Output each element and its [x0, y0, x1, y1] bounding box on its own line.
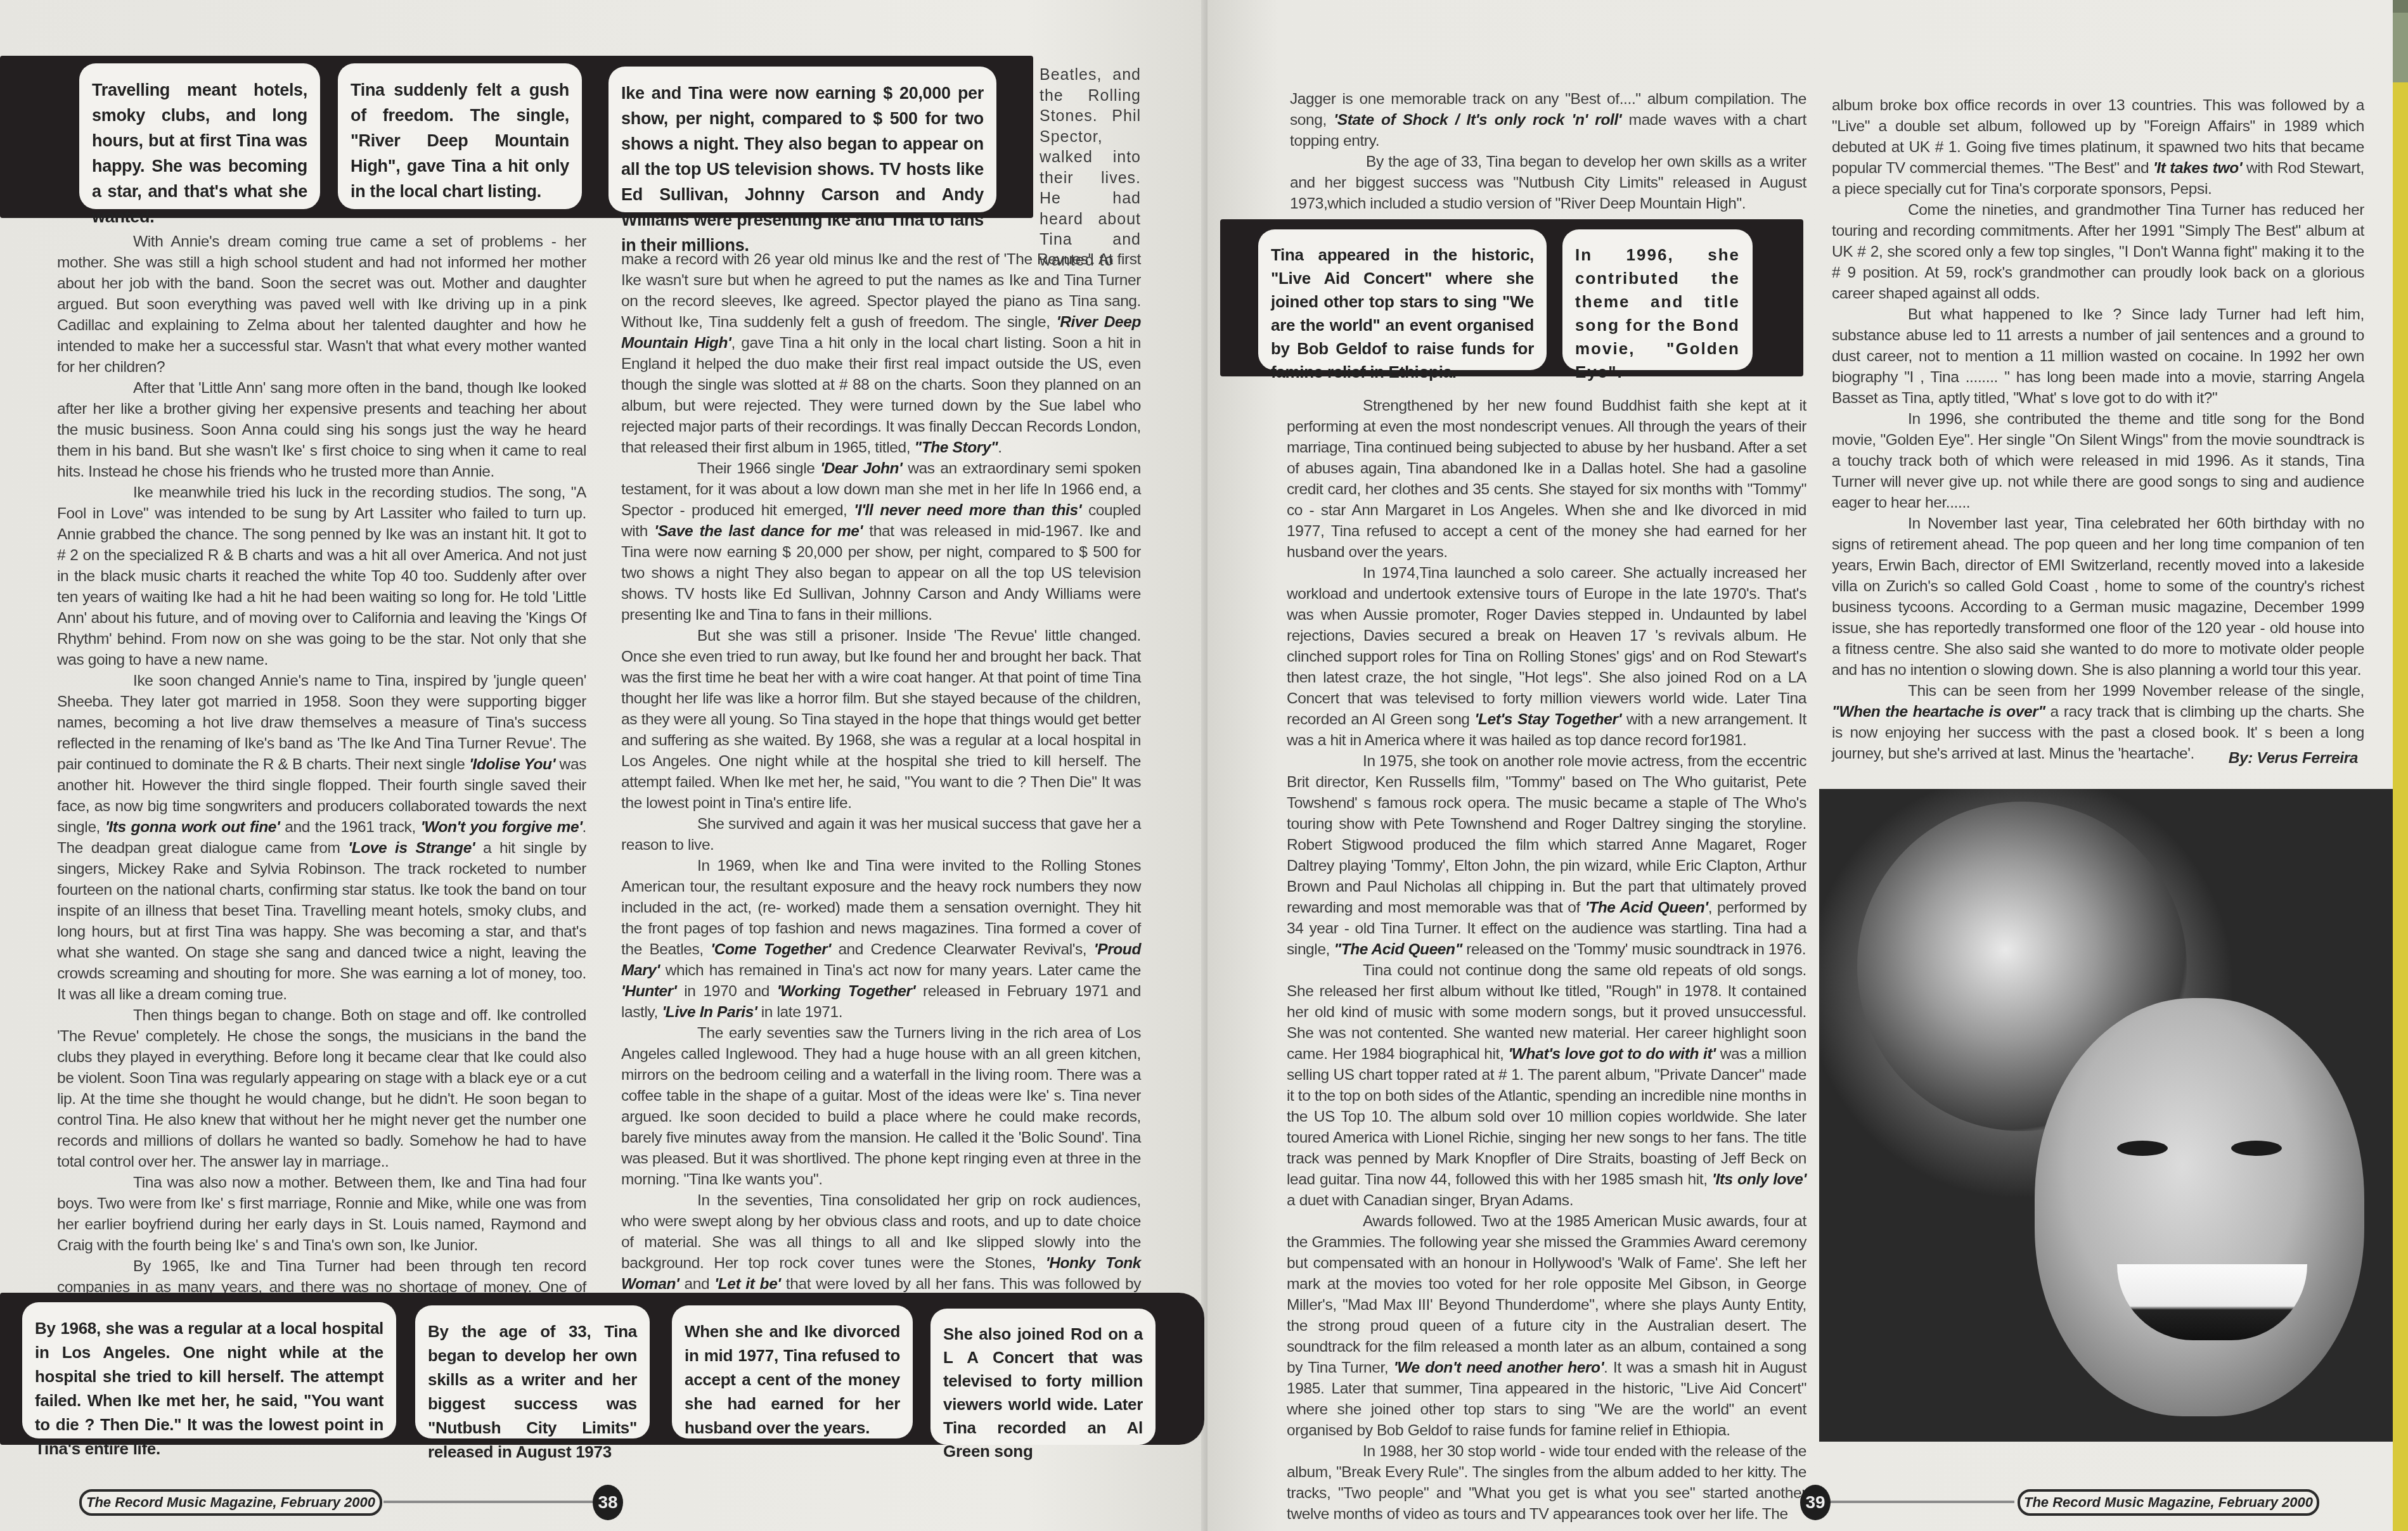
article-column-1: With Annie's dream coming true came a se…: [57, 231, 586, 1319]
photo-eye-right: [2231, 1141, 2282, 1156]
footer-rule: [383, 1501, 593, 1503]
paragraph: With Annie's dream coming true came a se…: [57, 231, 586, 378]
paragraph: In 1988, her 30 stop world - wide tour e…: [1287, 1441, 1806, 1525]
paragraph: She survived and again it was her musica…: [621, 814, 1141, 855]
article-column-2: make a record with 26 year old minus Ike…: [621, 249, 1141, 1336]
callout-age-33: By the age of 33, Tina began to develop …: [415, 1305, 650, 1438]
right-column-1: Strengthened by her new found Buddhist f…: [1287, 395, 1806, 1525]
paragraph: After that 'Little Ann' sang more often …: [57, 378, 586, 482]
paragraph: Strengthened by her new found Buddhist f…: [1287, 395, 1806, 563]
left-page: Travelling meant hotels, smoky clubs, an…: [0, 0, 1207, 1531]
paragraph: In November last year, Tina celebrated h…: [1832, 513, 2364, 681]
callout-earning: Ike and Tina were now earning $ 20,000 p…: [608, 67, 996, 212]
callout-divorce: When she and Ike divorced in mid 1977, T…: [672, 1305, 913, 1438]
tina-turner-photo: [1819, 789, 2393, 1442]
right-column-1-top: Jagger is one memorable track on any "Be…: [1290, 89, 1806, 214]
paragraph: Awards followed. Two at the 1985 America…: [1287, 1211, 1806, 1441]
background-edge-yellow: [2393, 82, 2408, 1531]
narrow-column-text: Beatles, and the Rolling Stones. Phil Sp…: [1040, 65, 1141, 271]
paragraph: Jagger is one memorable track on any "Be…: [1290, 89, 1806, 151]
callout-1968: By 1968, she was a regular at a local ho…: [22, 1302, 396, 1438]
paragraph: Ike soon changed Annie's name to Tina, i…: [57, 670, 586, 1005]
paragraph: Tina was also now a mother. Between them…: [57, 1172, 586, 1256]
byline-wrap: By: Verus Ferreira: [1832, 743, 2358, 769]
callout-river-deep: Tina suddenly felt a gush of freedom. Th…: [338, 63, 582, 209]
footer-magazine-title-right: The Record Music Magazine, February 2000: [2018, 1489, 2319, 1516]
callout-live-aid: Tina appeared in the historic, "Live Aid…: [1258, 229, 1547, 370]
paragraph: Their 1966 single 'Dear John' was an ext…: [621, 458, 1141, 625]
page-number-right: 39: [1800, 1485, 1831, 1520]
paragraph: Come the nineties, and grandmother Tina …: [1832, 200, 2364, 304]
paragraph: By the age of 33, Tina began to develop …: [1290, 151, 1806, 214]
photo-eye-left: [2117, 1141, 2168, 1156]
paragraph: make a record with 26 year old minus Ike…: [621, 249, 1141, 458]
paragraph: In 1996, she contributed the theme and t…: [1832, 409, 2364, 513]
footer-rule-right: [1831, 1501, 2014, 1503]
callout-travelling: Travelling meant hotels, smoky clubs, an…: [79, 63, 320, 209]
callout-golden-eye: In 1996, she contributed the theme and t…: [1562, 229, 1753, 370]
photo-face: [2035, 998, 2364, 1416]
paragraph: In 1974,Tina launched a solo career. She…: [1287, 563, 1806, 751]
paragraph: In 1969, when Ike and Tina were invited …: [621, 855, 1141, 1023]
paragraph: But she was still a prisoner. Inside 'Th…: [621, 625, 1141, 814]
paragraph: The early seventies saw the Turners livi…: [621, 1023, 1141, 1190]
paragraph: Then things began to change. Both on sta…: [57, 1005, 586, 1172]
paragraph: But what happened to Ike ? Since lady Tu…: [1832, 304, 2364, 409]
callout-rod-concert: She also joined Rod on a L A Concert tha…: [930, 1309, 1156, 1445]
paragraph: Tina could not continue dong the same ol…: [1287, 960, 1806, 1211]
byline: By: Verus Ferreira: [1832, 748, 2358, 769]
right-column-2: album broke box office records in over 1…: [1832, 95, 2364, 764]
page-number-left: 38: [593, 1485, 623, 1520]
paragraph: In 1975, she took on another role movie …: [1287, 751, 1806, 960]
paragraph: Ike meanwhile tried his luck in the reco…: [57, 482, 586, 670]
footer-magazine-title: The Record Music Magazine, February 2000: [79, 1489, 382, 1516]
paragraph: album broke box office records in over 1…: [1832, 95, 2364, 200]
